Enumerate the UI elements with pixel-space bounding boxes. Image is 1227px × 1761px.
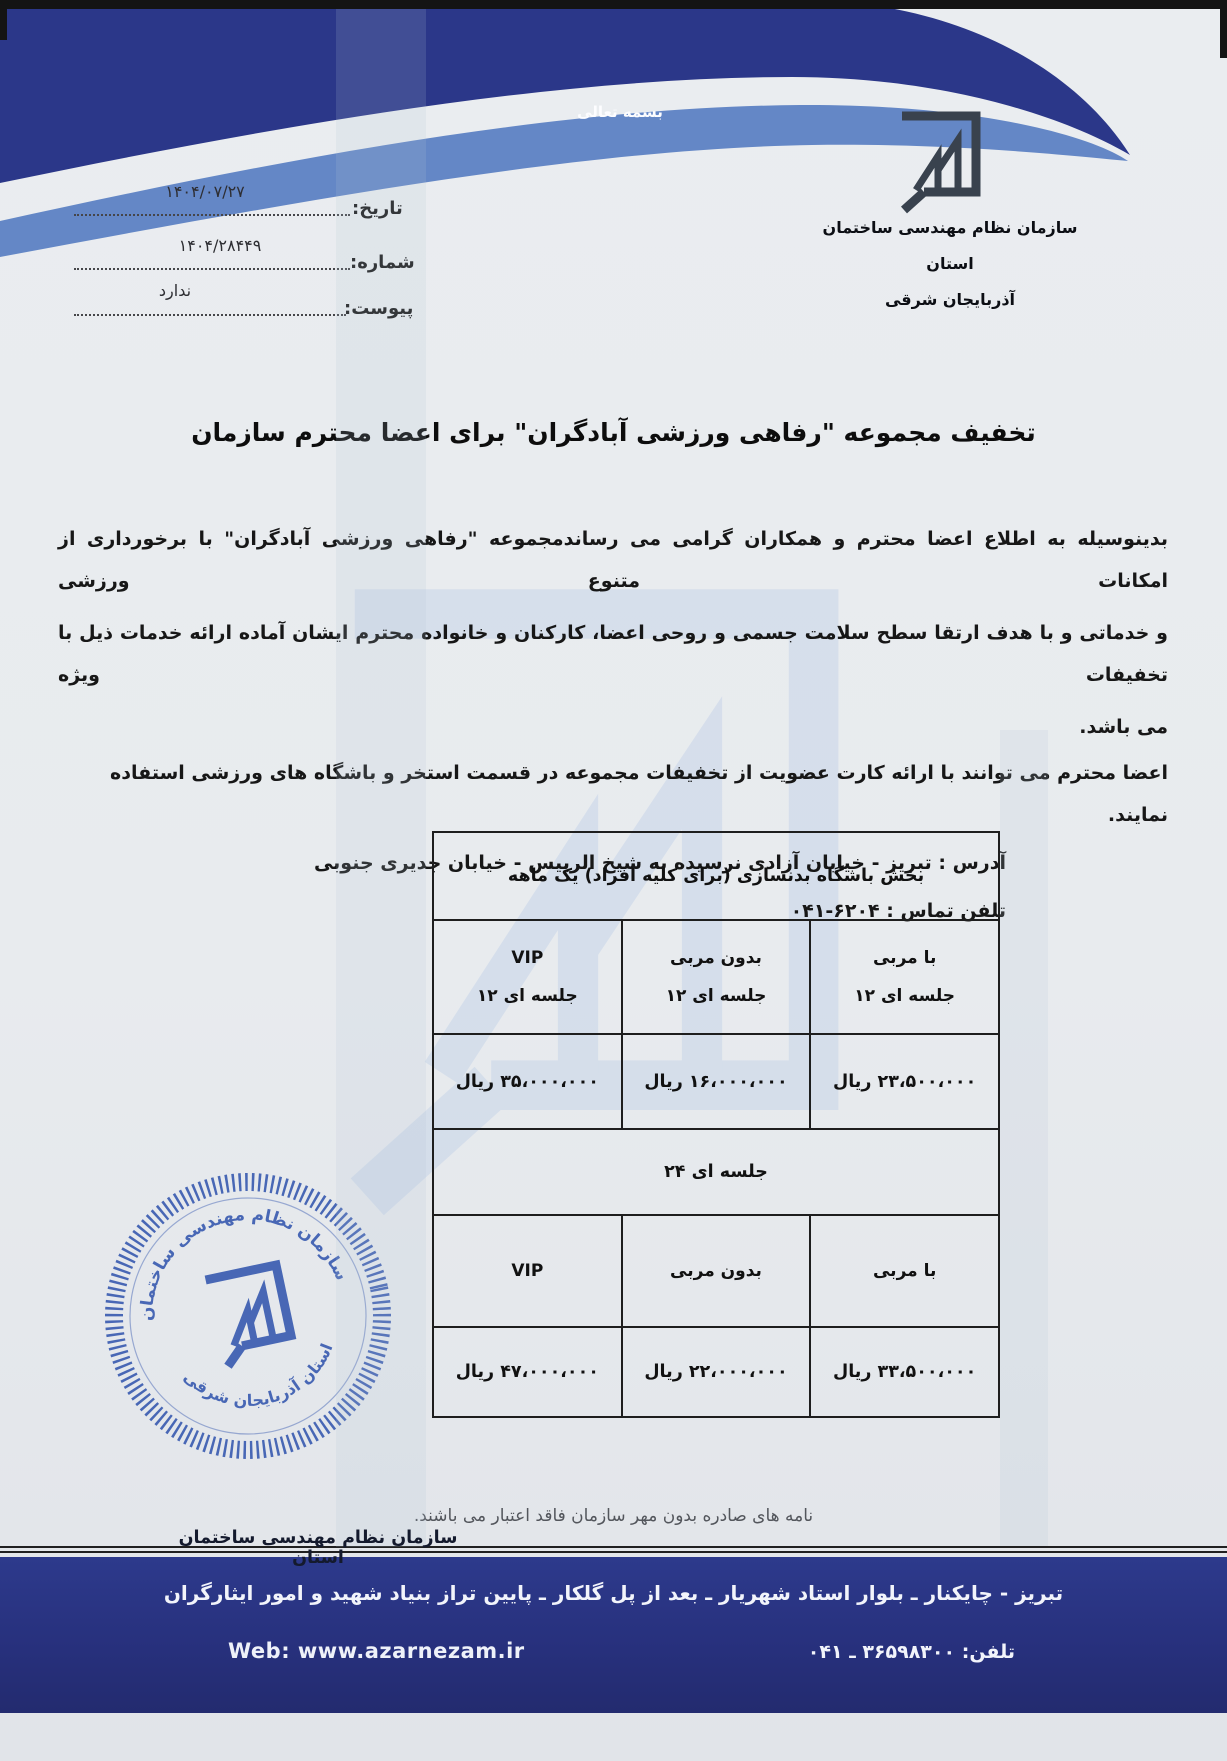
scan-edge-top: [0, 0, 1227, 9]
table-title-cell: بخش باشگاه بدنسازی (برای کلیه افراد) یک …: [434, 833, 998, 919]
table-header-row-24: با مربی بدون مربی VIP: [434, 1214, 998, 1326]
svg-text:استان آذربایجان شرقی: استان آذربایجان شرقی: [178, 1337, 346, 1425]
body-line: بدینوسیله به اطلاع اعضا محترم و همکاران …: [58, 518, 1168, 602]
table-cell-12-no-coach: بدون مربی ۱۲ جلسه ای: [621, 921, 810, 1033]
footer-address: تبریز - چایکنار ـ بلوار استاد شهریار ـ ب…: [0, 1581, 1227, 1605]
stamp-text-top: سازمان نظام مهندسی ساختمان: [118, 1185, 353, 1326]
cell-line: بدون مربی: [670, 948, 762, 968]
cell-line: با مربی: [873, 948, 936, 968]
attachment-line: [74, 314, 346, 316]
footer-phone: تلفن: ۳۶۵۹۸۳۰۰ ـ ۰۴۱: [808, 1641, 1015, 1663]
table-cell-12-with-coach: با مربی ۱۲ جلسه ای: [809, 921, 998, 1033]
attachment-label: پیوست:: [344, 298, 413, 319]
price-24-no-coach: ۲۲،۰۰۰،۰۰۰ ریال: [621, 1328, 810, 1416]
body-line: اعضا محترم می توانند با ارائه کارت عضویت…: [58, 752, 1168, 836]
footer-website: Web: www.azarnezam.ir: [228, 1639, 525, 1663]
table-price-row-24: ۳۳،۵۰۰،۰۰۰ ریال ۲۲،۰۰۰،۰۰۰ ریال ۴۷،۰۰۰،۰…: [434, 1326, 998, 1416]
table-cell-12-vip: VIP ۱۲ جلسه ای: [434, 921, 621, 1033]
org-logo: [886, 106, 990, 220]
org-logo-icon: [886, 106, 990, 216]
cell-line: VIP: [511, 948, 543, 968]
org-name-line2: آذربایجان شرقی: [810, 282, 1090, 318]
table-subtitle-cell: ۲۴ جلسه ای: [434, 1130, 998, 1214]
validity-note: نامه های صادره بدون مهر سازمان فاقد اعتب…: [0, 1506, 1227, 1526]
stamp-icon: سازمان نظام مهندسی ساختمان استان آذربایج…: [68, 1130, 426, 1498]
table-cell-24-vip: VIP: [434, 1216, 621, 1326]
body-line: می باشد.: [58, 706, 1168, 748]
scanned-letter-page: بسمه تعالی سازمان نظام مهندسی ساختمان اس…: [0, 0, 1227, 1761]
org-name: سازمان نظام مهندسی ساختمان استان آذربایج…: [810, 210, 1090, 318]
price-12-with-coach: ۲۳،۵۰۰،۰۰۰ ریال: [809, 1035, 998, 1128]
svg-text:سازمان نظام مهندسی ساختمان: سازمان نظام مهندسی ساختمان: [118, 1185, 353, 1326]
org-overlay-text: سازمان نظام مهندسی ساختمان استان: [168, 1528, 468, 1568]
cell-line: ۱۲ جلسه ای: [854, 986, 955, 1006]
letter-title: تخفیف مجموعه "رفاهی ورزشی آبادگران" برای…: [0, 418, 1227, 447]
table-cell-24-no-coach: بدون مربی: [621, 1216, 810, 1326]
cell-line: ۱۲ جلسه ای: [666, 986, 767, 1006]
table-title-row: بخش باشگاه بدنسازی (برای کلیه افراد) یک …: [434, 833, 998, 919]
date-value: ۱۴۰۴/۰۷/۲۷: [130, 182, 280, 201]
bismillah-text: بسمه تعالی: [520, 103, 720, 121]
price-12-no-coach: ۱۶،۰۰۰،۰۰۰ ریال: [621, 1035, 810, 1128]
attachment-value: ندارد: [120, 281, 230, 300]
number-value: ۱۴۰۴/۲۸۴۴۹: [145, 236, 295, 255]
footer-band: تبریز - چایکنار ـ بلوار استاد شهریار ـ ب…: [0, 1557, 1227, 1713]
org-stamp: سازمان نظام مهندسی ساختمان استان آذربایج…: [68, 1130, 427, 1501]
price-24-vip: ۴۷،۰۰۰،۰۰۰ ریال: [434, 1328, 621, 1416]
body-line: و خدماتی و با هدف ارتقا سطح سلامت جسمی و…: [58, 612, 1168, 696]
date-label: تاریخ:: [352, 198, 403, 219]
footer-phone-value: ۳۶۵۹۸۳۰۰ ـ ۰۴۱: [808, 1641, 955, 1663]
scan-edge-right: [1220, 0, 1227, 58]
date-line: [74, 214, 350, 216]
stamp-text-bottom: استان آذربایجان شرقی: [178, 1337, 346, 1425]
org-name-line1: سازمان نظام مهندسی ساختمان استان: [810, 210, 1090, 282]
footer-phone-label: تلفن:: [962, 1641, 1015, 1663]
cell-line: ۱۲ جلسه ای: [477, 986, 578, 1006]
table-subtitle-row-24: ۲۴ جلسه ای: [434, 1128, 998, 1214]
scan-edge-left: [0, 0, 7, 40]
number-label: شماره:: [350, 252, 415, 273]
table-header-row-12: با مربی ۱۲ جلسه ای بدون مربی ۱۲ جلسه ای …: [434, 919, 998, 1033]
price-24-with-coach: ۳۳،۵۰۰،۰۰۰ ریال: [809, 1328, 998, 1416]
price-12-vip: ۳۵،۰۰۰،۰۰۰ ریال: [434, 1035, 621, 1128]
table-cell-24-with-coach: با مربی: [809, 1216, 998, 1326]
number-line: [74, 268, 350, 270]
pricing-table: بخش باشگاه بدنسازی (برای کلیه افراد) یک …: [432, 831, 1000, 1418]
table-price-row-12: ۲۳،۵۰۰،۰۰۰ ریال ۱۶،۰۰۰،۰۰۰ ریال ۳۵،۰۰۰،۰…: [434, 1033, 998, 1128]
